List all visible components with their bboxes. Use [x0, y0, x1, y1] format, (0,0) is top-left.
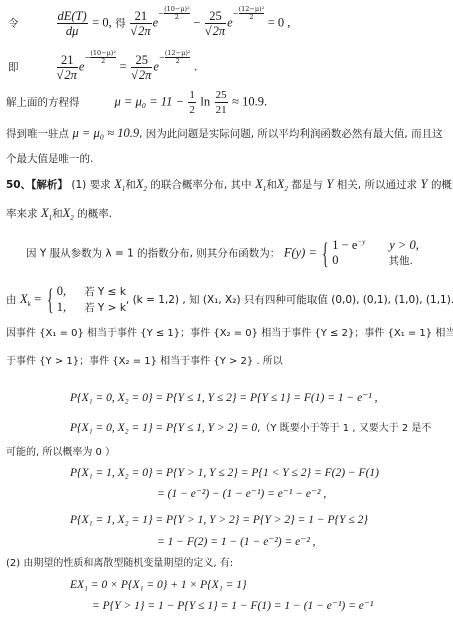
expectation-x1-cont: = P{Y > 1} = 1 − P{Y ≤ 1} = 1 − F(1) = 1…	[92, 599, 373, 613]
xk-definition: 由 Xk = { 0,若 Y ≤ k 1,若 Y > k , (k = 1,2)…	[6, 284, 453, 316]
derivative-fraction: dE(T) dμ	[57, 9, 88, 38]
distribution-function: 因 Y 服从参数为 λ = 1 的指数分布, 则其分布函数为： F(y) = {…	[26, 238, 419, 269]
label-ji: 即	[8, 62, 19, 74]
stationary-point-text: 得到唯一驻点 μ = μ₀ ≈ 10.9, 因为此问题是实际问题, 所以平均利润…	[6, 126, 443, 141]
unique-max-text: 个最大值是唯一的.	[6, 152, 93, 166]
prob-x1-0-x2-1-note: 可能的, 所以概率为 0 ）	[6, 446, 115, 460]
prob-x1-1-x2-1-cont: = 1 − F(2) = 1 − (1 − e⁻²) = e⁻² ,	[157, 535, 316, 549]
solution-mu0: 解上面的方程得 μ = μ₀ = 11 − 1 2 ln 25 21 ≈ 10.…	[6, 88, 267, 117]
part2-intro: (2) 由期望的性质和离散型随机变量期望的定义, 有:	[6, 557, 233, 571]
prob-x1-1-x2-0: P{X₁ = 1, X₂ = 0} = P{Y > 1, Y ≤ 2} = P{…	[70, 466, 379, 480]
prob-x1-0-x2-1: P{X₁ = 0, X₂ = 1} = P{Y ≤ 1, Y > 2} = 0,…	[70, 421, 431, 436]
prob-x1-1-x2-0-cont: = (1 − e⁻²) − (1 − e⁻¹) = e⁻¹ − e⁻² ,	[157, 487, 326, 501]
section-50-intro: 50、【解析】 (1) 要求 X1和X2 的联合概率分布, 其中 X1和X2 都…	[6, 177, 452, 192]
equation-derivative-zero: 令 dE(T) dμ = 0, 得 21 √2π e−(10−μ)²2 − 25…	[8, 6, 290, 38]
label-ling: 令	[8, 18, 19, 30]
events-line-2: 于事件 {Y > 1}；事件 {X₂ = 1} 相当于事件 {Y > 2} . …	[6, 355, 283, 369]
prob-x1-0-x2-0: P{X₁ = 0, X₂ = 0} = P{Y ≤ 1, Y ≤ 2} = P{…	[70, 391, 377, 405]
equation-equal-terms: 即 21 √2π e−(10−μ)²2 = 25 √2π e−(12−μ)²2 …	[8, 50, 197, 82]
prob-x1-1-x2-1: P{X₁ = 1, X₂ = 1} = P{Y > 1, Y > 2} = P{…	[70, 513, 368, 527]
section-heading: 50、【解析】	[6, 179, 68, 191]
coef-25-fraction: 25 √2π	[205, 9, 226, 38]
left-brace: {	[322, 239, 328, 269]
expectation-x1: EX₁ = 0 × P{X₁ = 0} + 1 × P{X₁ = 1}	[70, 578, 247, 592]
events-line-1: 因事件 {X₁ = 0} 相当于事件 {Y ≤ 1}；事件 {X₂ = 0} 相…	[6, 327, 453, 341]
coef-21-fraction: 21 √2π	[130, 9, 151, 38]
left-brace: {	[47, 285, 53, 315]
section-50-line2: 率来求 X1和X2 的概率.	[6, 206, 112, 221]
